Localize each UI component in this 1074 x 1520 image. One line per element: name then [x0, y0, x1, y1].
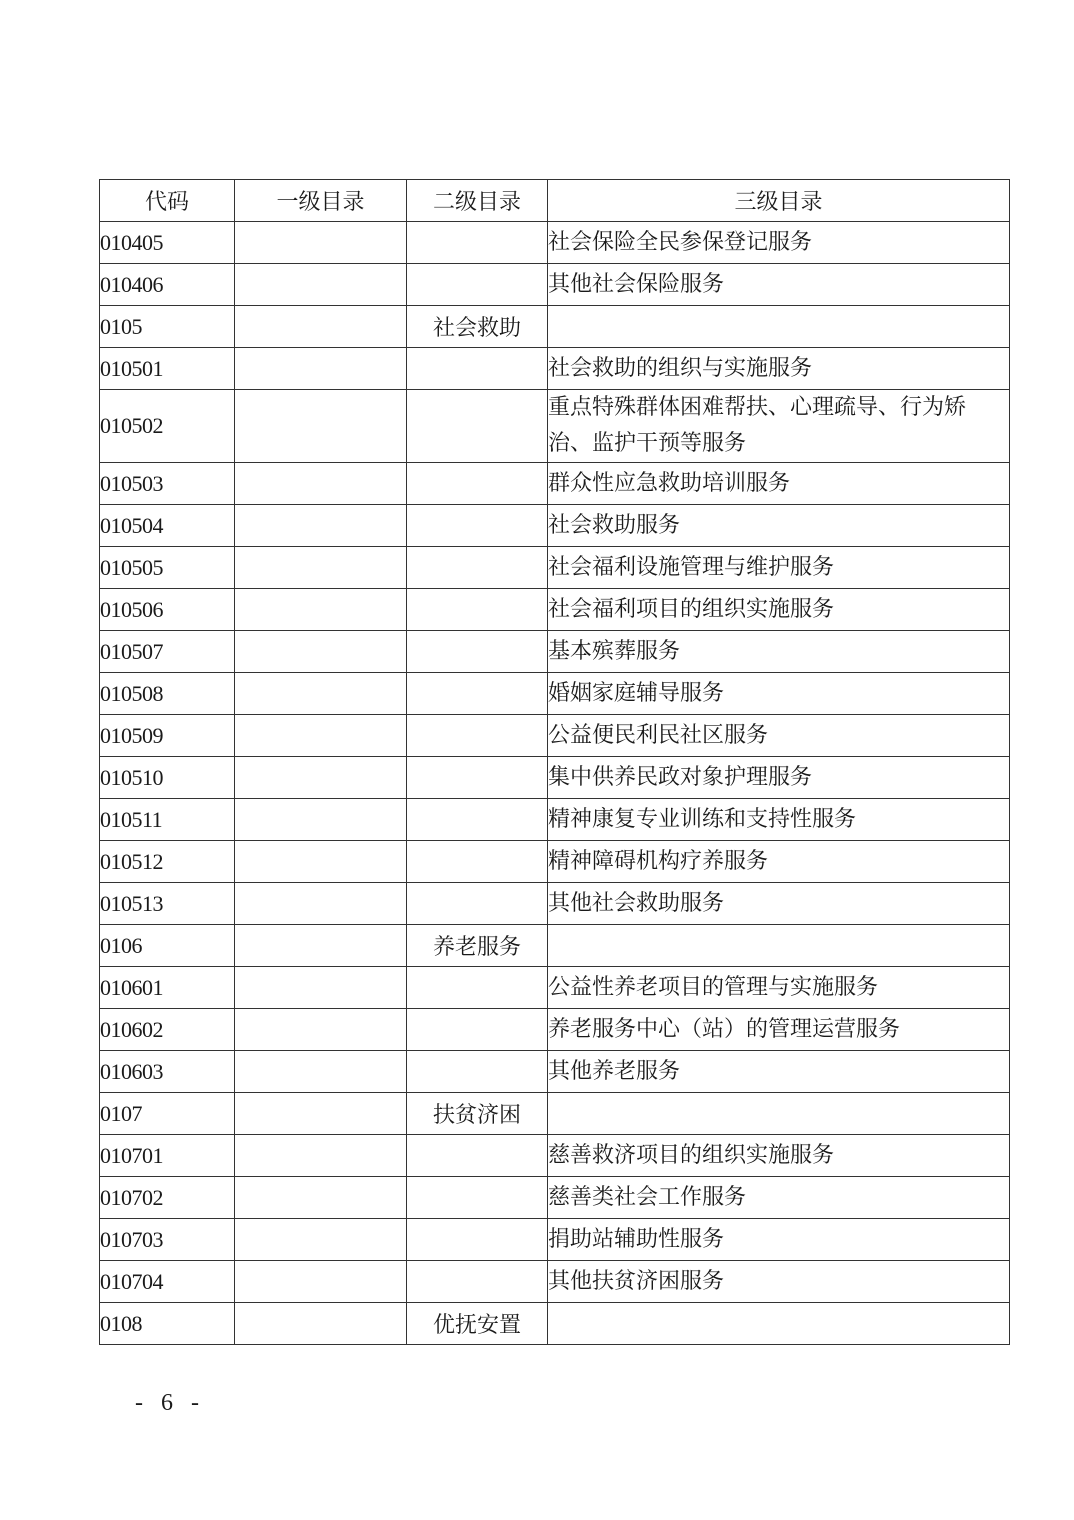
cell-level3: 其他社会救助服务 — [548, 883, 1010, 925]
cell-level1 — [235, 799, 407, 841]
cell-code: 010506 — [100, 589, 235, 631]
cell-code: 010501 — [100, 348, 235, 390]
cell-level3: 慈善救济项目的组织实施服务 — [548, 1135, 1010, 1177]
page-number: - 6 - — [135, 1390, 205, 1417]
cell-level3 — [548, 1093, 1010, 1135]
cell-level3: 其他养老服务 — [548, 1051, 1010, 1093]
cell-level2 — [407, 264, 548, 306]
cell-level1 — [235, 1135, 407, 1177]
cell-level1 — [235, 463, 407, 505]
table-row: 010703捐助站辅助性服务 — [100, 1219, 1010, 1261]
cell-code: 0107 — [100, 1093, 235, 1135]
cell-level1 — [235, 222, 407, 264]
cell-code: 010507 — [100, 631, 235, 673]
cell-level1 — [235, 1261, 407, 1303]
table-row: 010506社会福利项目的组织实施服务 — [100, 589, 1010, 631]
cell-level2 — [407, 547, 548, 589]
table-row: 010503群众性应急救助培训服务 — [100, 463, 1010, 505]
cell-level2: 扶贫济困 — [407, 1093, 548, 1135]
cell-level1 — [235, 1219, 407, 1261]
cell-level3 — [548, 925, 1010, 967]
cell-level2 — [407, 967, 548, 1009]
cell-level1 — [235, 673, 407, 715]
cell-code: 0105 — [100, 306, 235, 348]
cell-level3: 精神康复专业训练和支持性服务 — [548, 799, 1010, 841]
cell-code: 010505 — [100, 547, 235, 589]
cell-level1 — [235, 264, 407, 306]
cell-level3: 公益性养老项目的管理与实施服务 — [548, 967, 1010, 1009]
cell-code: 010510 — [100, 757, 235, 799]
cell-level2: 养老服务 — [407, 925, 548, 967]
cell-level2 — [407, 222, 548, 264]
table-row: 010502重点特殊群体困难帮扶、心理疏导、行为矫治、监护干预等服务 — [100, 390, 1010, 463]
cell-level1 — [235, 348, 407, 390]
cell-level3: 养老服务中心（站）的管理运营服务 — [548, 1009, 1010, 1051]
table-row: 0106养老服务 — [100, 925, 1010, 967]
table-row: 010704其他扶贫济困服务 — [100, 1261, 1010, 1303]
cell-level1 — [235, 1009, 407, 1051]
cell-level2: 社会救助 — [407, 306, 548, 348]
cell-level1 — [235, 547, 407, 589]
cell-level2 — [407, 883, 548, 925]
cell-code: 010704 — [100, 1261, 235, 1303]
cell-level3: 群众性应急救助培训服务 — [548, 463, 1010, 505]
cell-level3 — [548, 1303, 1010, 1345]
header-level1: 一级目录 — [235, 180, 407, 222]
cell-code: 010601 — [100, 967, 235, 1009]
cell-level2 — [407, 673, 548, 715]
catalog-table: 代码 一级目录 二级目录 三级目录 010405社会保险全民参保登记服务0104… — [99, 179, 1010, 1345]
cell-code: 010502 — [100, 390, 235, 463]
cell-code: 010504 — [100, 505, 235, 547]
cell-level2 — [407, 1261, 548, 1303]
cell-level3: 婚姻家庭辅导服务 — [548, 673, 1010, 715]
cell-level2 — [407, 757, 548, 799]
cell-level1 — [235, 967, 407, 1009]
table-row: 010405社会保险全民参保登记服务 — [100, 222, 1010, 264]
table-row: 010510集中供养民政对象护理服务 — [100, 757, 1010, 799]
table-row: 0105社会救助 — [100, 306, 1010, 348]
cell-level1 — [235, 1051, 407, 1093]
cell-level2 — [407, 1177, 548, 1219]
cell-code: 010406 — [100, 264, 235, 306]
cell-level3: 社会救助的组织与实施服务 — [548, 348, 1010, 390]
cell-level2 — [407, 715, 548, 757]
cell-level2 — [407, 1135, 548, 1177]
cell-level2 — [407, 631, 548, 673]
table-row: 010601公益性养老项目的管理与实施服务 — [100, 967, 1010, 1009]
cell-level2 — [407, 1219, 548, 1261]
table-row: 010702慈善类社会工作服务 — [100, 1177, 1010, 1219]
cell-level2 — [407, 390, 548, 463]
cell-code: 0106 — [100, 925, 235, 967]
cell-level1 — [235, 631, 407, 673]
cell-code: 010508 — [100, 673, 235, 715]
cell-code: 010603 — [100, 1051, 235, 1093]
cell-code: 010512 — [100, 841, 235, 883]
cell-level3: 其他扶贫济困服务 — [548, 1261, 1010, 1303]
cell-level2 — [407, 1051, 548, 1093]
cell-level2 — [407, 799, 548, 841]
cell-level3: 社会福利项目的组织实施服务 — [548, 589, 1010, 631]
table-row: 0108优抚安置 — [100, 1303, 1010, 1345]
cell-code: 010405 — [100, 222, 235, 264]
cell-level1 — [235, 390, 407, 463]
table-row: 010508婚姻家庭辅导服务 — [100, 673, 1010, 715]
cell-code: 010602 — [100, 1009, 235, 1051]
cell-level1 — [235, 925, 407, 967]
cell-level2: 优抚安置 — [407, 1303, 548, 1345]
cell-level3: 捐助站辅助性服务 — [548, 1219, 1010, 1261]
cell-code: 010513 — [100, 883, 235, 925]
cell-code: 010511 — [100, 799, 235, 841]
table-header-row: 代码 一级目录 二级目录 三级目录 — [100, 180, 1010, 222]
document-page: 代码 一级目录 二级目录 三级目录 010405社会保险全民参保登记服务0104… — [0, 0, 1074, 1520]
table-row: 010602养老服务中心（站）的管理运营服务 — [100, 1009, 1010, 1051]
cell-level1 — [235, 883, 407, 925]
cell-level2 — [407, 1009, 548, 1051]
table-row: 010509公益便民利民社区服务 — [100, 715, 1010, 757]
cell-level3: 重点特殊群体困难帮扶、心理疏导、行为矫治、监护干预等服务 — [548, 390, 1010, 463]
cell-code: 010509 — [100, 715, 235, 757]
table-row: 010501社会救助的组织与实施服务 — [100, 348, 1010, 390]
table-row: 010701慈善救济项目的组织实施服务 — [100, 1135, 1010, 1177]
cell-level1 — [235, 715, 407, 757]
cell-level1 — [235, 841, 407, 883]
cell-level2 — [407, 348, 548, 390]
cell-level3: 精神障碍机构疗养服务 — [548, 841, 1010, 883]
cell-level1 — [235, 306, 407, 348]
table-row: 010511精神康复专业训练和支持性服务 — [100, 799, 1010, 841]
cell-code: 010503 — [100, 463, 235, 505]
cell-level3: 基本殡葬服务 — [548, 631, 1010, 673]
table-row: 010505社会福利设施管理与维护服务 — [100, 547, 1010, 589]
cell-code: 010702 — [100, 1177, 235, 1219]
table-row: 010513其他社会救助服务 — [100, 883, 1010, 925]
cell-level2 — [407, 505, 548, 547]
cell-level3: 社会福利设施管理与维护服务 — [548, 547, 1010, 589]
header-code: 代码 — [100, 180, 235, 222]
cell-level3: 集中供养民政对象护理服务 — [548, 757, 1010, 799]
cell-level3: 其他社会保险服务 — [548, 264, 1010, 306]
header-level3: 三级目录 — [548, 180, 1010, 222]
cell-code: 010703 — [100, 1219, 235, 1261]
cell-code: 010701 — [100, 1135, 235, 1177]
table-row: 0107扶贫济困 — [100, 1093, 1010, 1135]
cell-level2 — [407, 463, 548, 505]
table-row: 010507基本殡葬服务 — [100, 631, 1010, 673]
cell-level3: 社会救助服务 — [548, 505, 1010, 547]
cell-level1 — [235, 589, 407, 631]
cell-level1 — [235, 1177, 407, 1219]
cell-level1 — [235, 1093, 407, 1135]
cell-code: 0108 — [100, 1303, 235, 1345]
cell-level2 — [407, 841, 548, 883]
cell-level3: 公益便民利民社区服务 — [548, 715, 1010, 757]
cell-level1 — [235, 757, 407, 799]
cell-level3: 社会保险全民参保登记服务 — [548, 222, 1010, 264]
header-level2: 二级目录 — [407, 180, 548, 222]
cell-level1 — [235, 505, 407, 547]
cell-level1 — [235, 1303, 407, 1345]
table-row: 010406其他社会保险服务 — [100, 264, 1010, 306]
table-row: 010504社会救助服务 — [100, 505, 1010, 547]
cell-level3: 慈善类社会工作服务 — [548, 1177, 1010, 1219]
table-row: 010512精神障碍机构疗养服务 — [100, 841, 1010, 883]
cell-level3 — [548, 306, 1010, 348]
cell-level2 — [407, 589, 548, 631]
table-row: 010603其他养老服务 — [100, 1051, 1010, 1093]
